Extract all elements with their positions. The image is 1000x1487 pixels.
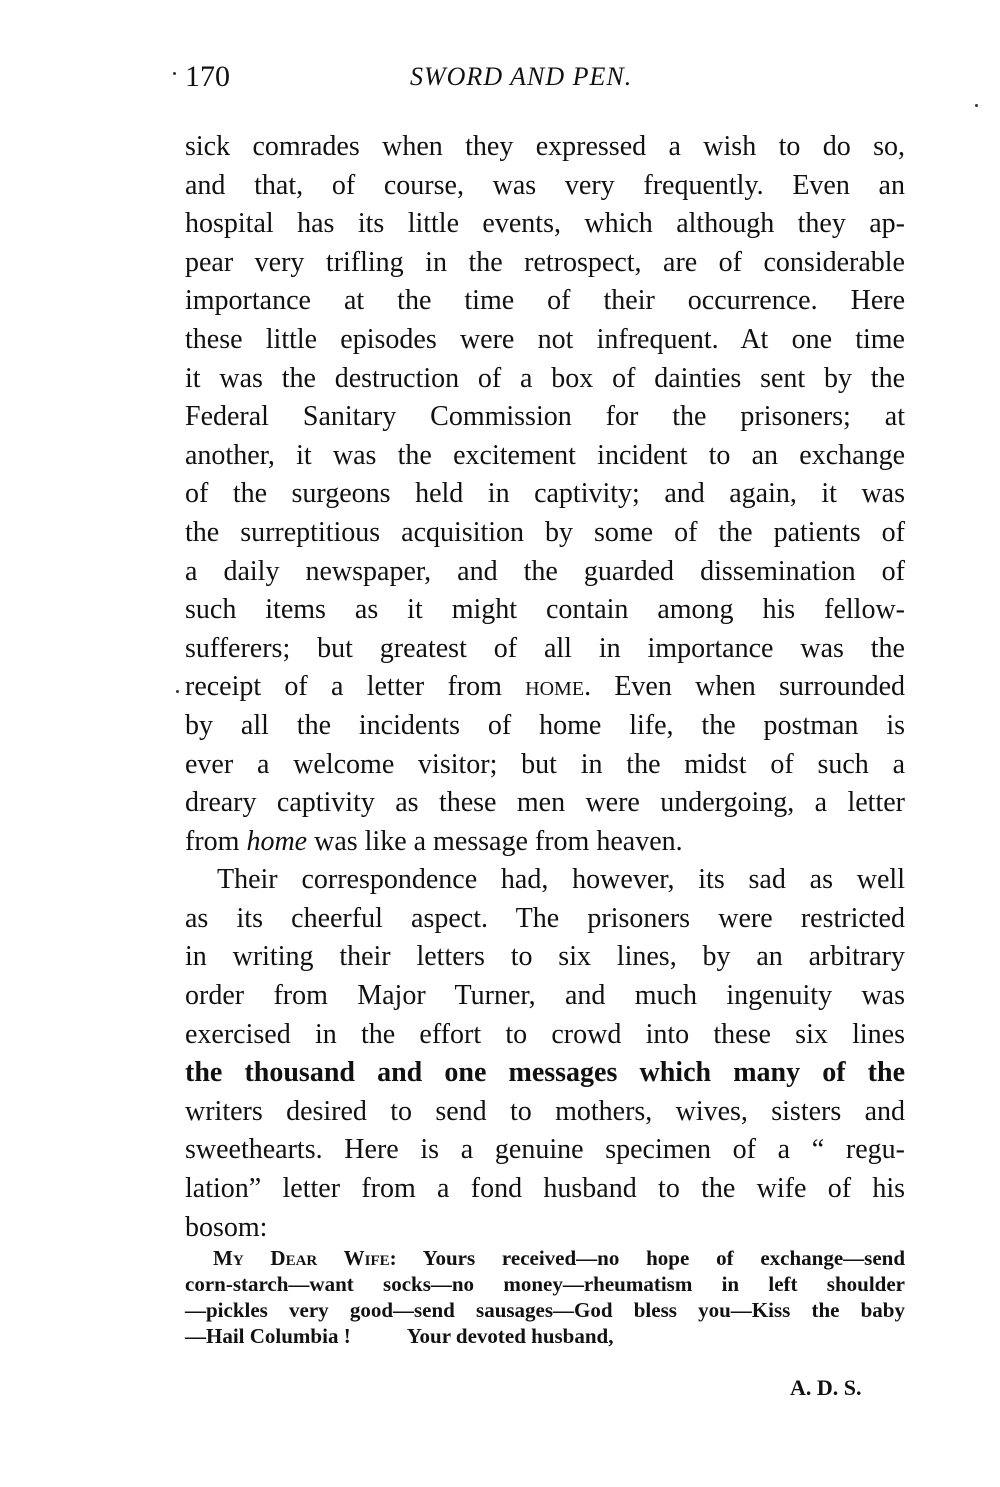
letter-signature: A. D. S. <box>790 1375 862 1401</box>
text-run: Yours received—no hope of exchange—send <box>397 1246 905 1270</box>
text-line: pear very trifling in the retrospect, ar… <box>185 244 905 283</box>
text-line: another, it was the excitement incident … <box>185 437 905 476</box>
text-line: Their correspondence had, however, its s… <box>185 861 905 900</box>
quoted-letter: My Dear Wife: Yours received—no hope of … <box>185 1245 905 1349</box>
text-line: the thousand and one messages which many… <box>185 1054 905 1093</box>
text-line: of the surgeons held in captivity; and a… <box>185 475 905 514</box>
text-line: writers desired to send to mothers, wive… <box>185 1093 905 1132</box>
page-number: 170 <box>185 60 230 94</box>
text-line: receipt of a letter from home. Even when… <box>185 668 905 707</box>
text-line: such items as it might contain among his… <box>185 591 905 630</box>
letter-line: corn-starch—want socks—no money—rheumati… <box>185 1271 905 1297</box>
text-line: the surreptitious acquisition by some of… <box>185 514 905 553</box>
text-run: —Hail Columbia ! <box>185 1324 351 1348</box>
page-header: 170 SWORD AND PEN. <box>185 60 905 100</box>
text-line: order from Major Turner, and much ingenu… <box>185 977 905 1016</box>
scan-speck <box>173 72 176 75</box>
text-line: ever a welcome visitor; but in the midst… <box>185 746 905 785</box>
body-text: sick comrades when they expressed a wish… <box>185 128 905 1247</box>
home-smallcaps: home <box>525 671 584 702</box>
text-line: in writing their letters to six lines, b… <box>185 938 905 977</box>
text-run: was like a message from heaven. <box>307 826 683 857</box>
text-line: sweethearts. Here is a genuine specimen … <box>185 1131 905 1170</box>
text-run: . Even when surrounded <box>584 671 905 702</box>
text-line: lation” letter from a fond husband to th… <box>185 1170 905 1209</box>
text-line: from home was like a message from heaven… <box>185 823 905 862</box>
text-line: Federal Sanitary Commission for the pris… <box>185 398 905 437</box>
text-run: receipt of a letter from <box>185 671 525 702</box>
text-line: hospital has its little events, which al… <box>185 205 905 244</box>
letter-line: —pickles very good—send sausages—God ble… <box>185 1297 905 1323</box>
letter-line: —Hail Columbia !Your devoted husband, <box>185 1323 905 1349</box>
text-line: and that, of course, was very frequently… <box>185 167 905 206</box>
letter-closing: Your devoted husband, <box>407 1324 614 1348</box>
text-line: as its cheerful aspect. The prisoners we… <box>185 900 905 939</box>
home-italic: home <box>246 826 307 857</box>
book-page: 170 SWORD AND PEN. sick comrades when th… <box>0 0 1000 1487</box>
text-line: by all the incidents of home life, the p… <box>185 707 905 746</box>
running-title: SWORD AND PEN. <box>410 62 632 92</box>
text-line: sick comrades when they expressed a wish… <box>185 128 905 167</box>
letter-salutation: My Dear Wife: <box>213 1246 397 1270</box>
text-line: dreary captivity as these men were under… <box>185 784 905 823</box>
text-run: from <box>185 826 246 857</box>
text-line: these little episodes were not infrequen… <box>185 321 905 360</box>
text-line: a daily newspaper, and the guarded disse… <box>185 553 905 592</box>
scan-speck <box>975 104 978 107</box>
letter-line: My Dear Wife: Yours received—no hope of … <box>185 1245 905 1271</box>
text-line: sufferers; but greatest of all in import… <box>185 630 905 669</box>
text-line: it was the destruction of a box of daint… <box>185 360 905 399</box>
text-line: importance at the time of their occurren… <box>185 282 905 321</box>
text-line: exercised in the effort to crowd into th… <box>185 1016 905 1055</box>
scan-speck <box>176 690 179 693</box>
text-line: bosom: <box>185 1209 905 1248</box>
